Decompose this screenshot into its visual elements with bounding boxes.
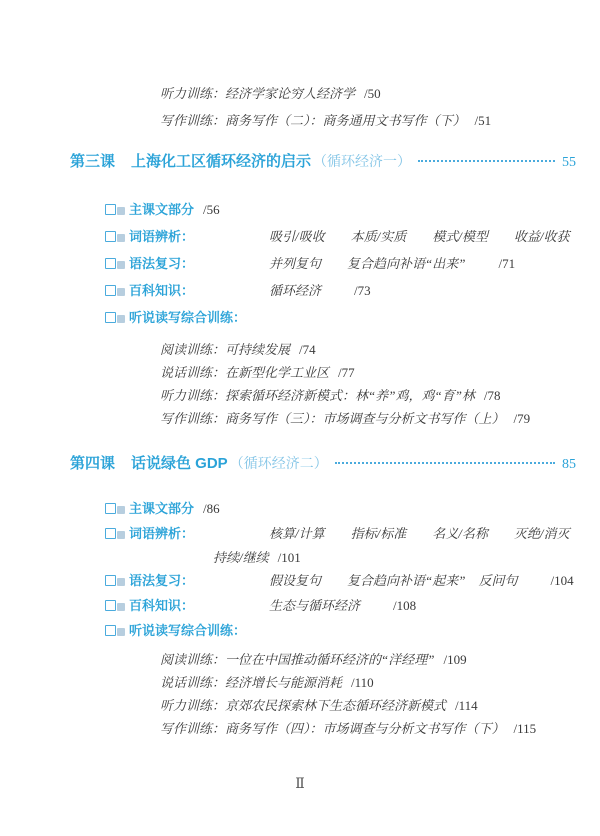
item-label: 主课文部分: [129, 202, 194, 217]
square-outline-icon: [105, 204, 116, 215]
item-label: 语法复习：: [129, 573, 194, 588]
item-label: 听说读写综合训练：: [129, 623, 246, 638]
training-item: 说话训练：经济增长与能源消耗/110: [160, 671, 576, 694]
page-ref: /73: [354, 283, 371, 298]
item-label: 语法复习：: [129, 256, 194, 271]
training-text: 说话训练：在新型化学工业区: [160, 365, 329, 380]
lesson-3-section: 第三课 上海化工区循环经济的启示 （循环经济一） 55 主课文部分/56 词语辨…: [70, 150, 576, 430]
training-item: 写作训练：商务写作（四）：市场调查与分析文书写作（下）/115: [160, 717, 576, 740]
square-fill-icon: [117, 603, 125, 611]
page-ref: /78: [484, 388, 501, 403]
page-ref: /110: [351, 675, 374, 690]
item-label: 主课文部分: [129, 501, 194, 516]
footer-page-number: Ⅱ: [0, 776, 600, 793]
item-label: 百科知识：: [129, 283, 194, 298]
square-fill-icon: [117, 261, 125, 269]
page-icon: [105, 620, 129, 644]
toc-content: 听力训练：经济学家论穷人经济学/50 写作训练：商务写作（二）：商务通用文书写作…: [0, 0, 600, 740]
page-icon: [105, 225, 129, 251]
training-item: 阅读训练：可持续发展/74: [160, 338, 576, 361]
training-item: 写作训练：商务写作（三）：市场调查与分析文书写作（上）/79: [160, 407, 576, 430]
training-text: 听力训练：探索循环经济新模式：林“养”鸡，鸡“育”林: [160, 388, 475, 403]
page-icon: [105, 523, 129, 547]
lesson-number: 第四课: [70, 452, 115, 473]
lesson-3-items: 主课文部分/56 词语辨析：吸引/吸收 本质/实质 模式/模型 收益/收获/68…: [105, 197, 576, 332]
square-outline-icon: [105, 528, 116, 539]
training-text: 写作训练：商务写作（二）：商务通用文书写作（下）: [160, 113, 466, 128]
training-item: 阅读训练：一位在中国推动循环经济的“洋经理”/109: [160, 648, 576, 671]
page-ref: /71: [498, 256, 515, 271]
lesson-number: 第三课: [70, 150, 115, 171]
square-outline-icon: [105, 231, 116, 242]
page-ref: /51: [475, 113, 492, 128]
page-ref: /114: [455, 698, 478, 713]
square-fill-icon: [117, 288, 125, 296]
toc-item: 听说读写综合训练：: [105, 619, 576, 644]
toc-item: 百科知识：生态与循环经济/108: [105, 594, 576, 619]
square-fill-icon: [117, 531, 125, 539]
dotted-leader: [418, 160, 555, 162]
page-ref: /50: [364, 86, 381, 101]
training-text: 说话训练：经济增长与能源消耗: [160, 675, 342, 690]
page-ref: /77: [338, 365, 355, 380]
lesson-3-training-list: 阅读训练：可持续发展/74 说话训练：在新型化学工业区/77 听力训练：探索循环…: [160, 338, 576, 430]
page-ref: /79: [514, 411, 531, 426]
training-text: 阅读训练：可持续发展: [160, 342, 290, 357]
page-icon: [105, 198, 129, 224]
page-ref: /109: [443, 652, 466, 667]
training-item: 听力训练：探索循环经济新模式：林“养”鸡，鸡“育”林/78: [160, 384, 576, 407]
page-ref: /108: [393, 598, 416, 613]
item-label: 词语辨析：: [129, 229, 194, 244]
square-outline-icon: [105, 312, 116, 323]
square-outline-icon: [105, 625, 116, 636]
page-ref: /104: [550, 573, 573, 588]
toc-page: 听力训练：经济学家论穷人经济学/50 写作训练：商务写作（二）：商务通用文书写作…: [0, 0, 600, 836]
training-text: 听力训练：经济学家论穷人经济学: [160, 86, 355, 101]
square-outline-icon: [105, 575, 116, 586]
training-text: 写作训练：商务写作（四）：市场调查与分析文书写作（下）: [160, 721, 505, 736]
square-fill-icon: [117, 315, 125, 323]
item-label: 百科知识：: [129, 598, 194, 613]
square-fill-icon: [117, 234, 125, 242]
lesson-4-items: 主课文部分/86 词语辨析：核算/计算 指标/标准 名义/名称 灭绝/消灭 持续…: [105, 497, 576, 644]
toc-training-line: 听力训练：经济学家论穷人经济学/50: [160, 80, 576, 107]
square-outline-icon: [105, 258, 116, 269]
item-label: 词语辨析：: [129, 526, 194, 541]
square-fill-icon: [117, 506, 125, 514]
square-fill-icon: [117, 578, 125, 586]
square-fill-icon: [117, 628, 125, 636]
page-icon: [105, 498, 129, 522]
training-text: 听力训练：京郊农民探索林下生态循环经济新模式: [160, 698, 446, 713]
page-icon: [105, 306, 129, 332]
item-label: 听说读写综合训练：: [129, 310, 246, 325]
square-outline-icon: [105, 503, 116, 514]
page-icon: [105, 279, 129, 305]
lesson-4-training-list: 阅读训练：一位在中国推动循环经济的“洋经理”/109 说话训练：经济增长与能源消…: [160, 648, 576, 740]
page-icon: [105, 595, 129, 619]
training-text: 写作训练：商务写作（三）：市场调查与分析文书写作（上）: [160, 411, 505, 426]
square-outline-icon: [105, 600, 116, 611]
previous-lesson-continuation: 听力训练：经济学家论穷人经济学/50 写作训练：商务写作（二）：商务通用文书写作…: [160, 80, 576, 134]
toc-item: 百科知识：循环经济/73: [105, 278, 576, 305]
toc-item: 听说读写综合训练：: [105, 305, 576, 332]
page-icon: [105, 570, 129, 594]
square-outline-icon: [105, 285, 116, 296]
item-content: 循环经济: [199, 203, 345, 298]
lesson-4-section: 第四课 话说绿色 GDP （循环经济二） 85 主课文部分/86 词语辨析：核算…: [70, 452, 576, 740]
square-fill-icon: [117, 207, 125, 215]
toc-training-line: 写作训练：商务写作（二）：商务通用文书写作（下）/51: [160, 107, 576, 134]
training-text: 阅读训练：一位在中国推动循环经济的“洋经理”: [160, 652, 434, 667]
page-ref: /74: [299, 342, 316, 357]
dotted-leader: [335, 462, 555, 464]
page-icon: [105, 252, 129, 278]
page-ref: /115: [514, 721, 537, 736]
item-content: 生态与循环经济: [199, 518, 384, 613]
training-item: 听力训练：京郊农民探索林下生态循环经济新模式/114: [160, 694, 576, 717]
training-item: 说话训练：在新型化学工业区/77: [160, 361, 576, 384]
